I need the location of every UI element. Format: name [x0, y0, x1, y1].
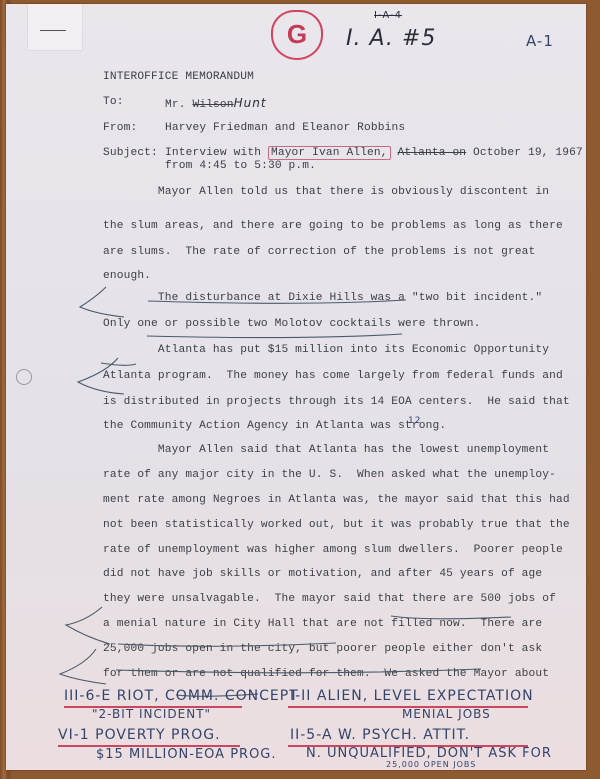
note-code: I-II — [290, 688, 311, 704]
footer-note-3-sub: $15 MILLION-EOA PROG. — [96, 747, 277, 762]
note-text: RIOT, COMM. CONCEPT — [117, 688, 299, 704]
footer-note-4-sub: N. UNQUALIFIED, DON'T ASK FOR — [306, 746, 552, 761]
footer-note-4-sub2: 25,000 OPEN JOBS — [386, 760, 476, 769]
footer-note-4: II-5-A W. PSYCH. ATTIT. — [290, 727, 470, 743]
footer-note-1: III-6-E RIOT, COMM. CONCEPT — [64, 688, 299, 704]
footer-note-1-sub: "2-BIT INCIDENT" — [92, 707, 211, 721]
note-text: POVERTY PROG. — [95, 727, 220, 743]
note-text: W. PSYCH. ATTIT. — [338, 727, 470, 743]
footer-note-2: I-II ALIEN, LEVEL EXPECTATION — [290, 688, 534, 704]
note-code: VI-1 — [58, 727, 90, 743]
memo-page: G I-A-4 I. A. #5 A-1 INTEROFFICE MEMORAN… — [6, 4, 586, 770]
note-code: II-5-A — [290, 727, 333, 743]
pencil-margin-marks — [6, 4, 586, 770]
footer-note-2-sub: MENIAL JOBS — [402, 707, 491, 721]
note-code: III-6-E — [64, 688, 111, 704]
footer-note-3: VI-1 POVERTY PROG. — [58, 727, 221, 743]
note-text: ALIEN, LEVEL EXPECTATION — [317, 688, 534, 704]
